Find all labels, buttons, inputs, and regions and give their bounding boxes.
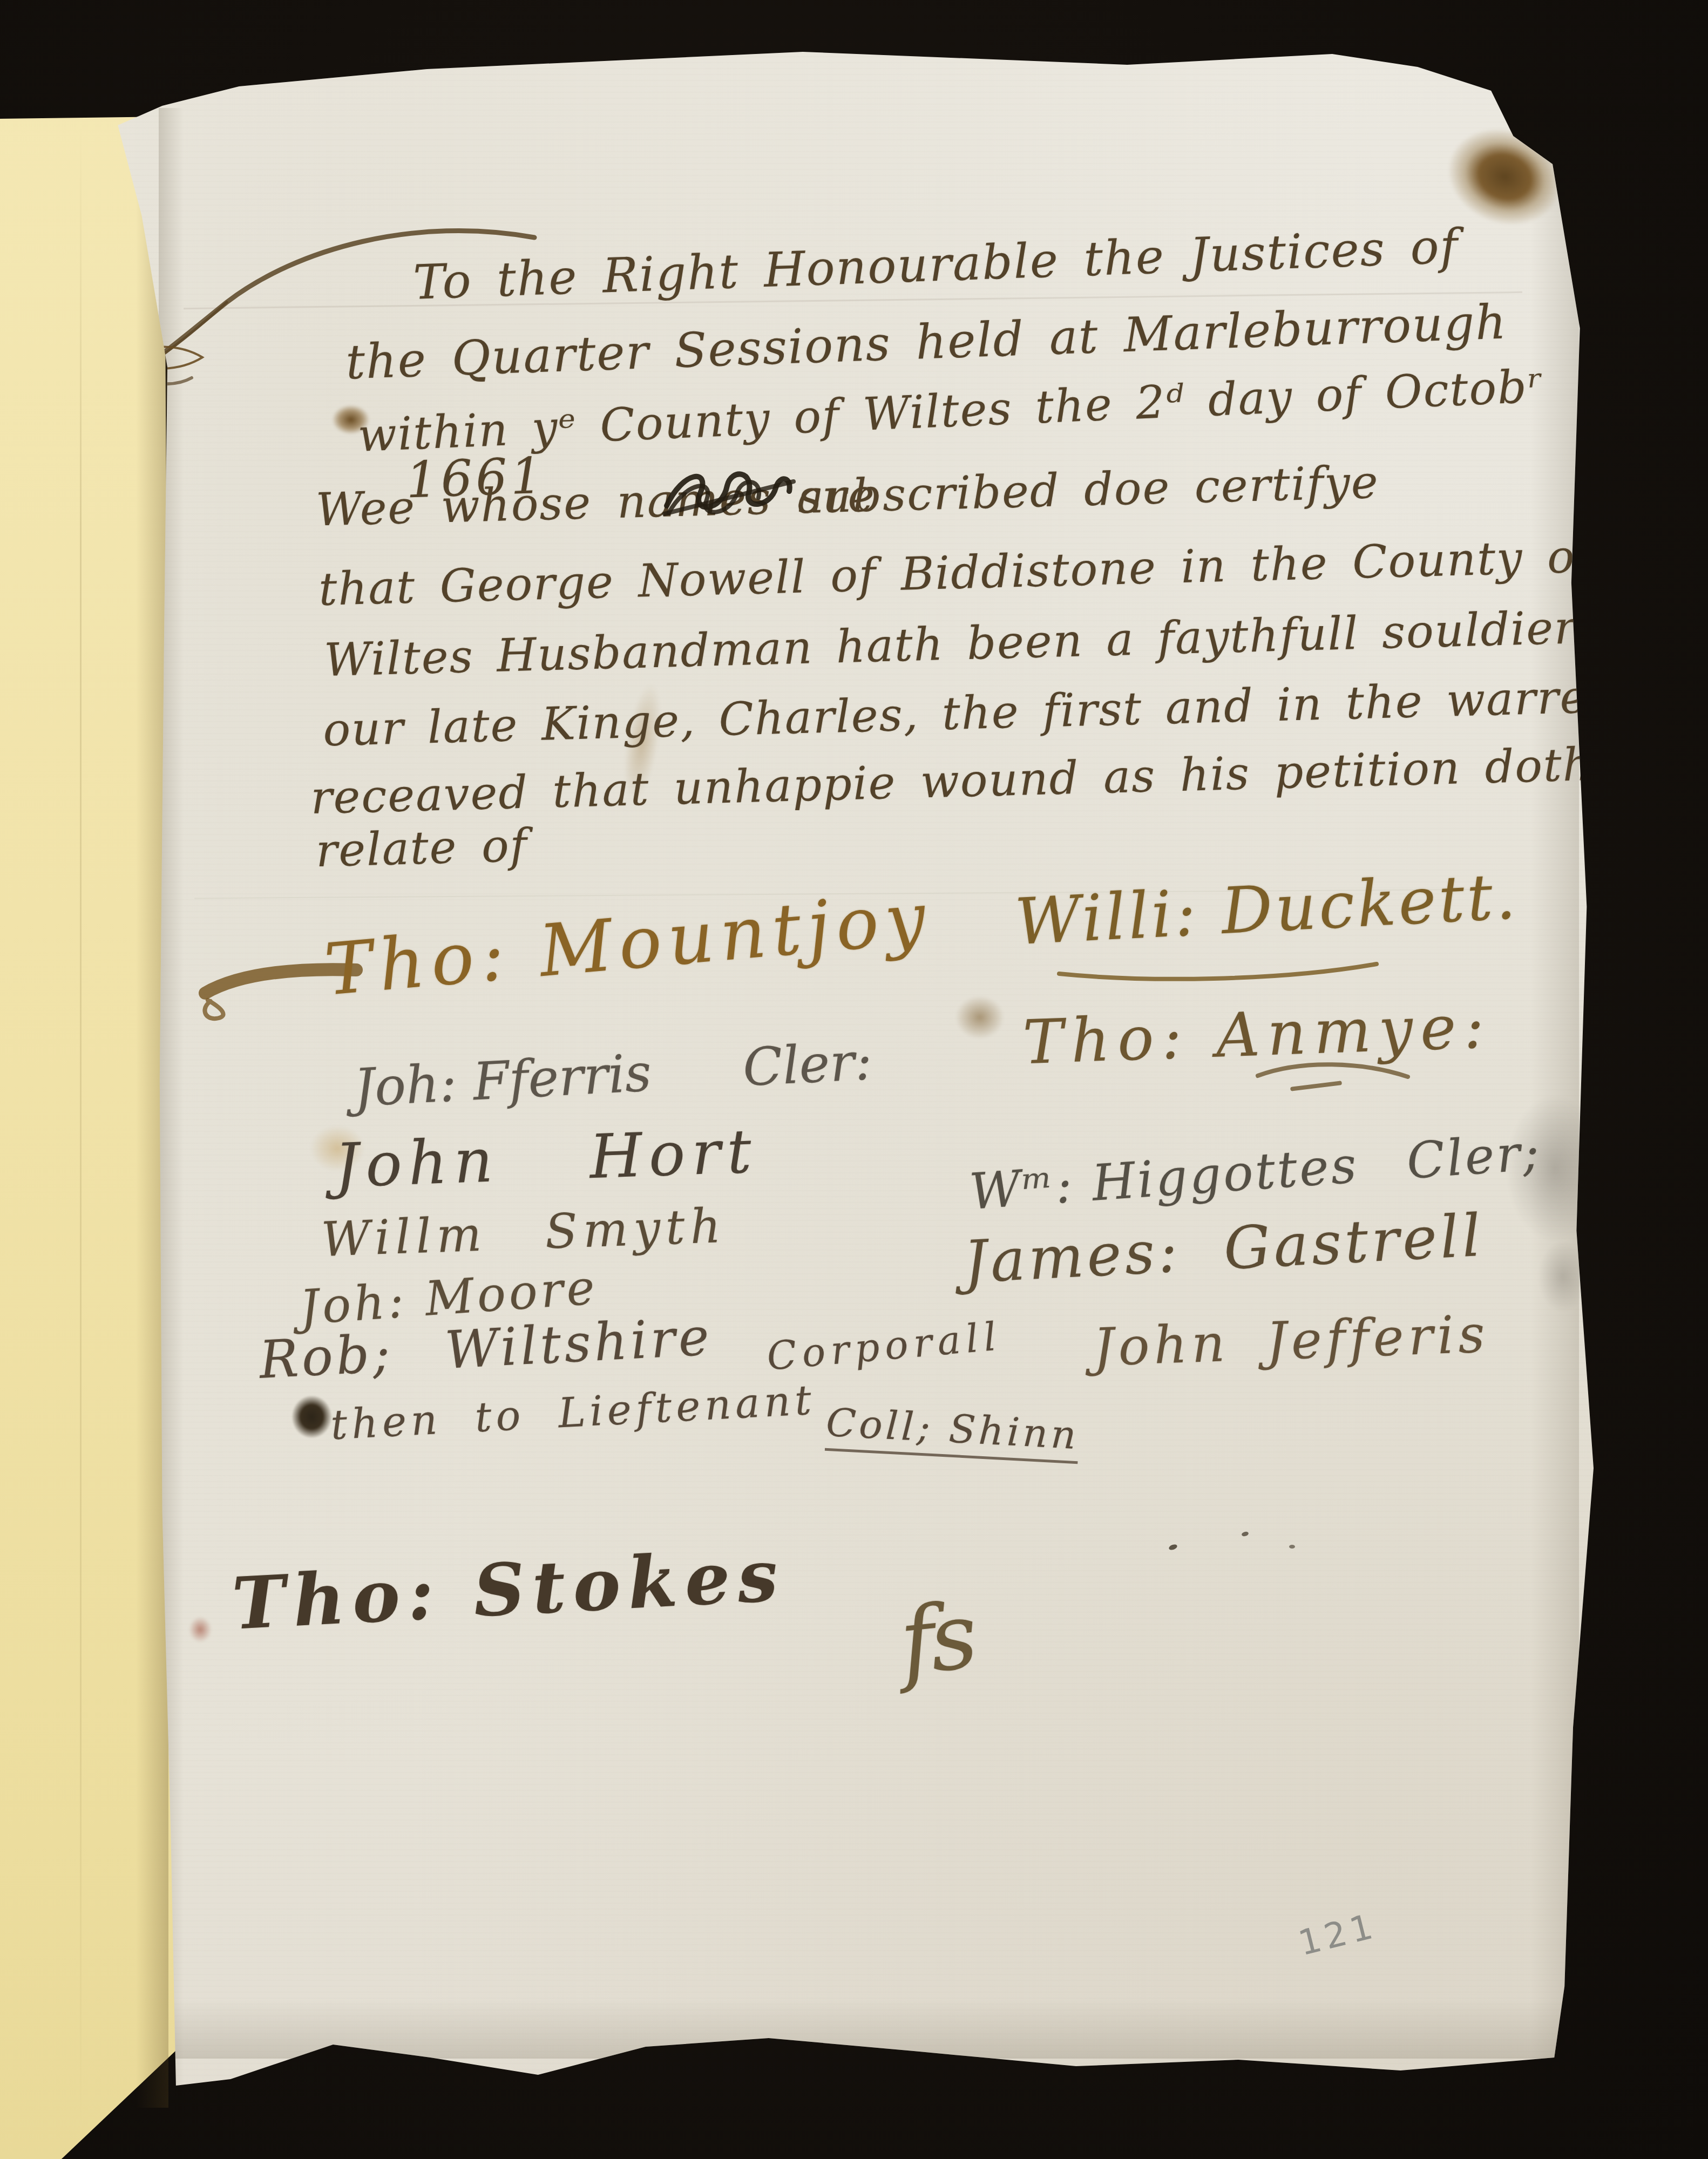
backing-sheet-fold-line bbox=[80, 124, 82, 2132]
duckett-underline-flourish bbox=[1053, 951, 1387, 989]
photo-background: To the Right Honourable the Justices of … bbox=[0, 0, 1708, 2159]
ink-blot-before-then-to bbox=[292, 1395, 332, 1438]
gray-smudge-right-edge-2 bbox=[1538, 1241, 1587, 1312]
ink-monogram: fs bbox=[895, 1583, 978, 1696]
blot-end-of-mountjoy bbox=[955, 996, 1004, 1039]
signature-higgottes-suffix: Cler; bbox=[1405, 1123, 1543, 1190]
signature-hort: John Hort bbox=[334, 1116, 759, 1201]
body-line-6: relate of bbox=[315, 819, 528, 877]
signature-fferris-suffix: Cler: bbox=[741, 1031, 873, 1098]
crossed-out-word-scribble bbox=[661, 460, 799, 527]
paper-bottom-edge-shadow bbox=[171, 1999, 1571, 2059]
red-pen-mark-bottom-left bbox=[189, 1617, 212, 1642]
anmye-underline-flourish bbox=[1252, 1055, 1414, 1088]
manuscript-page: To the Right Honourable the Justices of … bbox=[0, 0, 1708, 2159]
ink-dot-3 bbox=[1289, 1545, 1295, 1549]
